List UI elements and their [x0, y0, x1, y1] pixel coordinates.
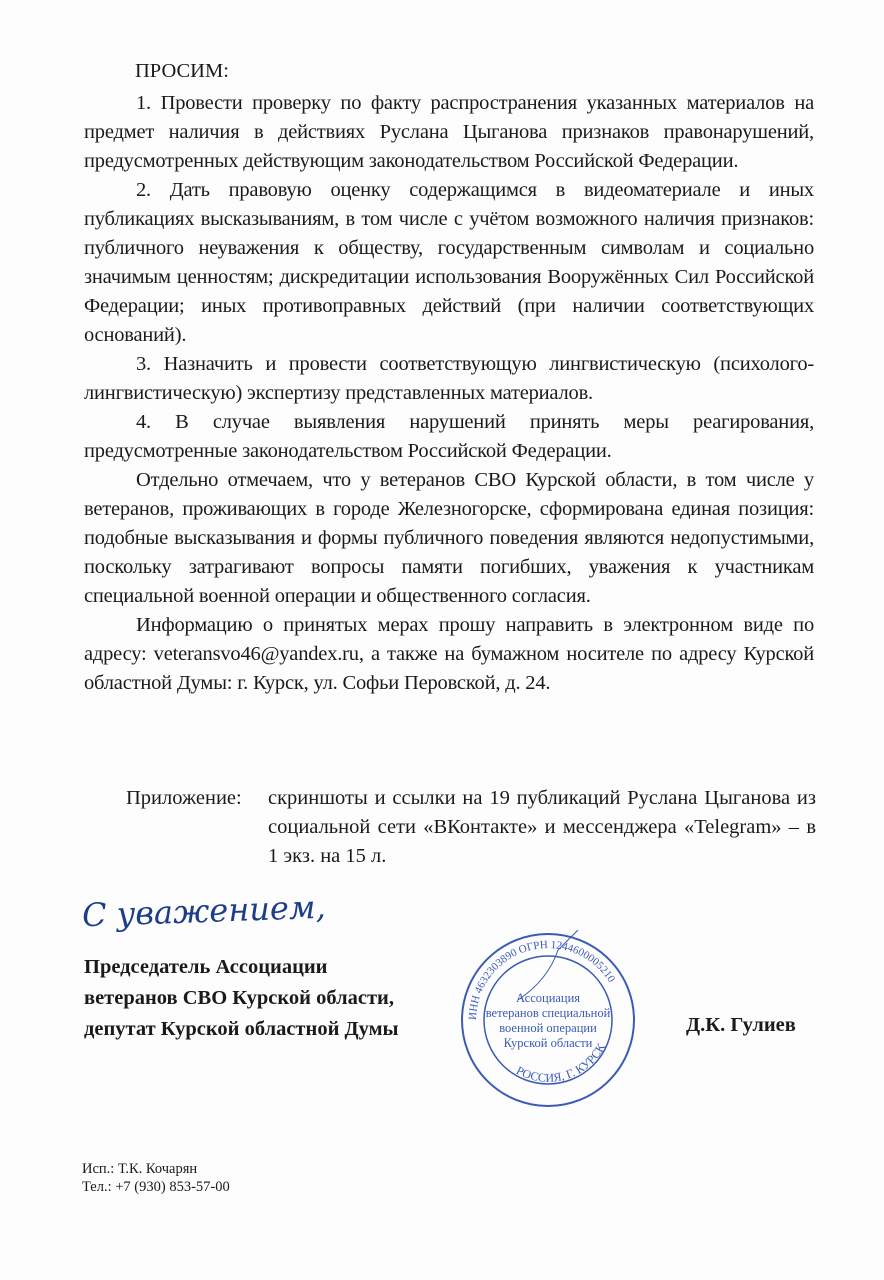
handwritten-closing: С уважением,: [81, 888, 326, 934]
executor-name: Исп.: Т.К. Кочарян: [82, 1160, 230, 1178]
stamp-line: Ассоциация: [516, 991, 580, 1005]
position-line: Председатель Ассоциации: [84, 952, 399, 983]
attachment-text: скриншоты и ссылки на 19 публикаций Русл…: [268, 784, 816, 871]
executor-footer: Исп.: Т.К. Кочарян Тел.: +7 (930) 853-57…: [82, 1160, 230, 1196]
note-paragraph: Отдельно отмечаем, что у ветеранов СВО К…: [84, 466, 814, 611]
stamp-line: ветеранов специальной: [486, 1006, 611, 1020]
executor-phone: Тел.: +7 (930) 853-57-00: [82, 1178, 230, 1196]
stamp-line: военной операции: [499, 1021, 597, 1035]
email-link[interactable]: veteransvo46@yandex.ru: [154, 643, 359, 665]
organization-stamp: ИНН 4632303890 ОГРН 1244600005210 РОССИЯ…: [458, 930, 638, 1110]
position-line: ветеранов СВО Курской области,: [84, 983, 399, 1014]
request-item-2: 2. Дать правовую оценку содержащимся в в…: [84, 176, 814, 350]
position-line: депутат Курской областной Думы: [84, 1014, 399, 1045]
info-paragraph: Информацию о принятых мерах прошу направ…: [84, 611, 814, 698]
signer-name: Д.К. Гулиев: [686, 1014, 796, 1037]
attachment-label: Приложение:: [126, 784, 242, 813]
request-heading: ПРОСИМ:: [135, 60, 229, 83]
request-item-3: 3. Назначить и провести соответствующую …: [84, 350, 814, 408]
stamp-line: Курской области: [504, 1036, 593, 1050]
document-page: ПРОСИМ: 1. Провести проверку по факту ра…: [0, 0, 884, 1280]
signer-position: Председатель Ассоциации ветеранов СВО Ку…: [84, 952, 399, 1045]
request-item-4: 4. В случае выявления нарушений принять …: [84, 408, 814, 466]
request-list: 1. Провести проверку по факту распростра…: [84, 89, 814, 698]
request-item-1: 1. Провести проверку по факту распростра…: [84, 89, 814, 176]
